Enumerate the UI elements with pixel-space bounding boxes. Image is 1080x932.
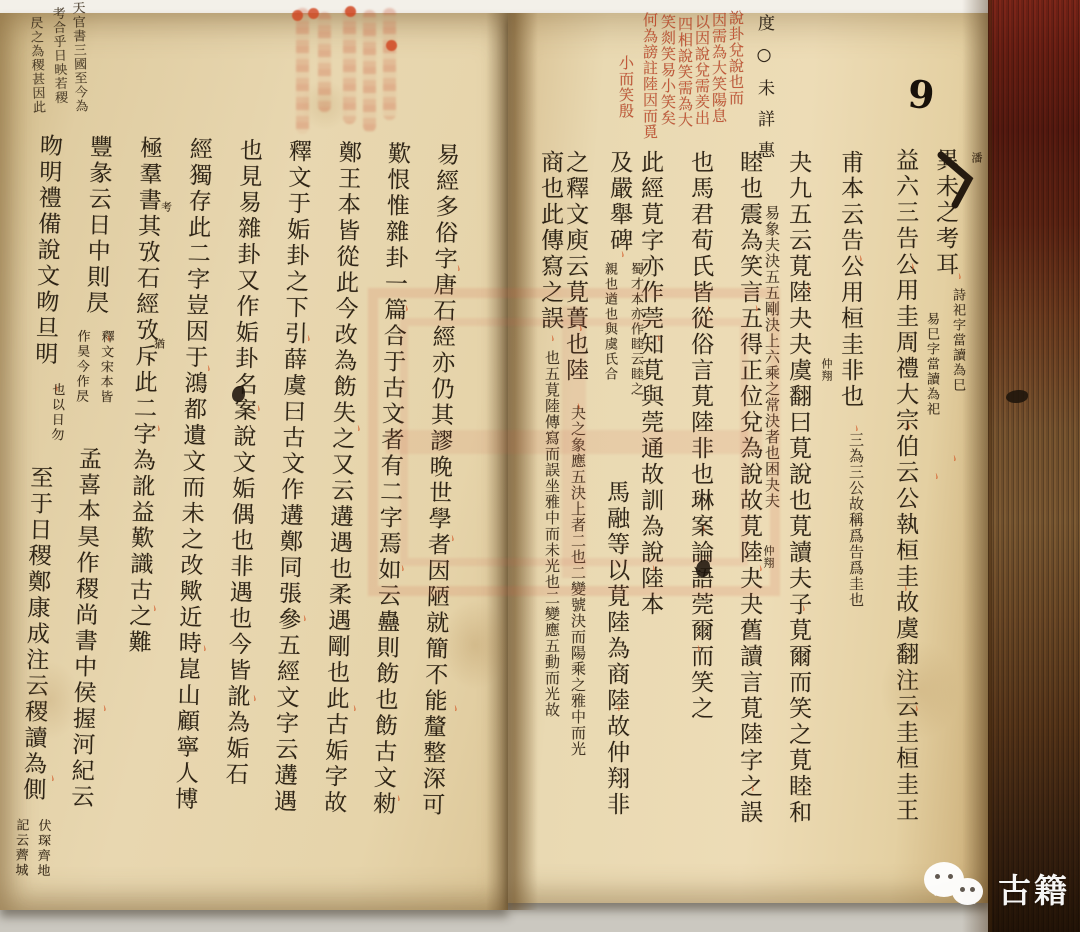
- right-page-text: 異未之考耳潘詩祀字當讀為巳易巳字當讀為祀益六三告公用圭周禮大宗伯云公執桓圭故虞翻…: [508, 13, 990, 903]
- ink-blot: [696, 560, 710, 577]
- interlinear-note: 易巳字當讀為祀: [922, 312, 941, 417]
- wechat-watermark: 古籍: [924, 862, 1070, 914]
- wechat-icon: [924, 862, 986, 914]
- bubble-eye: [960, 887, 965, 892]
- left-page: 易經多俗字唐石經亦仍其謬晚世學者因陋就簡不能釐整深可歎恨惟雜卦一篇合于古文者有二…: [0, 13, 508, 910]
- text-column: 之釋文庾云莧蕢也陸: [563, 150, 587, 384]
- faded-red-annotation: [343, 8, 356, 124]
- text-column: 也馬君荀氏皆從俗言莧陸非也琳案論語莞爾而笑之: [688, 150, 712, 722]
- interlinear-note: 記云薺城: [10, 818, 30, 878]
- faded-red-annotation: [296, 8, 309, 134]
- text-column: 釋文于姤卦之下引薛虞曰古文作遘鄭同張參五經文字云遘遇: [271, 139, 310, 815]
- page-edge-lines: [988, 0, 1080, 932]
- book-fore-edge: [988, 0, 1080, 932]
- faded-red-annotation: [383, 8, 396, 120]
- faded-red-annotation: [363, 10, 376, 132]
- cursive-note: 三為三公故稱爲告爲圭也: [846, 432, 867, 608]
- manuscript-photo: { "watermark": { "label": "古籍" }, "right…: [0, 0, 1080, 932]
- text-column: 昒明禮備說文昒旦明: [32, 133, 61, 367]
- text-column: 至于日稷鄭康成注云稷讀為側: [20, 465, 52, 803]
- interlinear-note: 親也遒也與虞氏合: [600, 262, 619, 382]
- red-ink-dot: [308, 8, 319, 19]
- faded-red-annotation: [318, 12, 331, 112]
- red-annotation-column: 何為謗註陸因而覓: [640, 12, 661, 140]
- page-number: 9: [906, 71, 936, 118]
- text-column: 睦也震為笑言五得正位兌為說故莧陸夬夬舊讀言莧陸字之誤: [737, 150, 761, 826]
- text-column: 甫本云告公用桓圭非也: [838, 150, 862, 410]
- text-column: 夬九五云莧陸夬夬虞翻曰莧說也莧讀夫子莧爾而笑之莧睦和: [786, 150, 810, 826]
- left-page-text: 易經多俗字唐石經亦仍其謬晚世學者因陋就簡不能釐整深可歎恨惟雜卦一篇合于古文者有二…: [0, 2, 508, 910]
- red-ink-dot: [345, 6, 356, 17]
- tiny-note: 考: [157, 201, 173, 213]
- red-annotation-column: 小而笑殷: [616, 55, 637, 119]
- text-column: 商也此傳寫之誤: [538, 150, 562, 332]
- text-column: 歎恨惟雜卦一篇合于古文者有二字焉如云蠱則飭也飭古文勑: [370, 141, 409, 817]
- cursive-note: 也五莧陸傳寫而誤坐雅中而未光也二變應五動而光故: [542, 350, 563, 718]
- watermark-label: 古籍: [998, 865, 1070, 912]
- cursive-note: 夬之象應五決上者二也二變號決而陽乘之雅中而光: [568, 405, 589, 757]
- text-column: 及嚴舉碑: [607, 150, 631, 254]
- text-column: 益六三告公用圭周禮大宗伯云公執桓圭故虞翻注云圭桓圭王: [893, 148, 917, 824]
- corner-annotation-column: 昃之為稷甚因此: [25, 16, 47, 115]
- bubble-eye: [935, 874, 940, 879]
- cursive-note: 易象夫決五五剛決上六乘之常決者也困夬夫: [762, 205, 783, 509]
- red-annotation-column: 笑剡笑易小笑矣: [658, 14, 679, 126]
- interlinear-note: 作昊今作昃: [71, 329, 92, 404]
- tiny-note: 仲翔: [818, 358, 834, 382]
- red-ink-dot: [386, 40, 397, 51]
- chat-bubble-small: [952, 878, 983, 905]
- text-column: 馬融等以莧陸為商陸故仲翔非: [604, 480, 628, 818]
- bubble-eye: [970, 887, 975, 892]
- fore-edge-shadow: [962, 0, 992, 932]
- text-column: 孟喜本昊作稷尚書中侯握河紀云: [68, 446, 100, 810]
- bubble-eye: [948, 874, 953, 879]
- corner-annotation-column: 考合乎日映若稷: [47, 6, 69, 105]
- right-page: 異未之考耳潘詩祀字當讀為巳易巳字當讀為祀益六三告公用圭周禮大宗伯云公執桓圭故虞翻…: [508, 13, 990, 903]
- red-ink-dot: [292, 10, 303, 21]
- corner-annotation-column: 天官書三國至今為: [67, 1, 89, 114]
- margin-note: 度○未詳惠: [752, 14, 777, 172]
- interlinear-note: 伏琛齊地: [32, 818, 52, 878]
- text-column: 豐彖云日中則昃: [83, 134, 111, 317]
- text-column: 極羣書其攷石經攷斥此二字為訛益歎識古之難: [125, 135, 161, 655]
- text-column: 經獨存此二字豈因于鴻都遺文而未之改歟近時崑山顧寧人博: [172, 137, 211, 813]
- tiny-note: 猶: [150, 338, 166, 350]
- interlinear-note: 蜀才本亦作睦云睦之: [626, 262, 645, 397]
